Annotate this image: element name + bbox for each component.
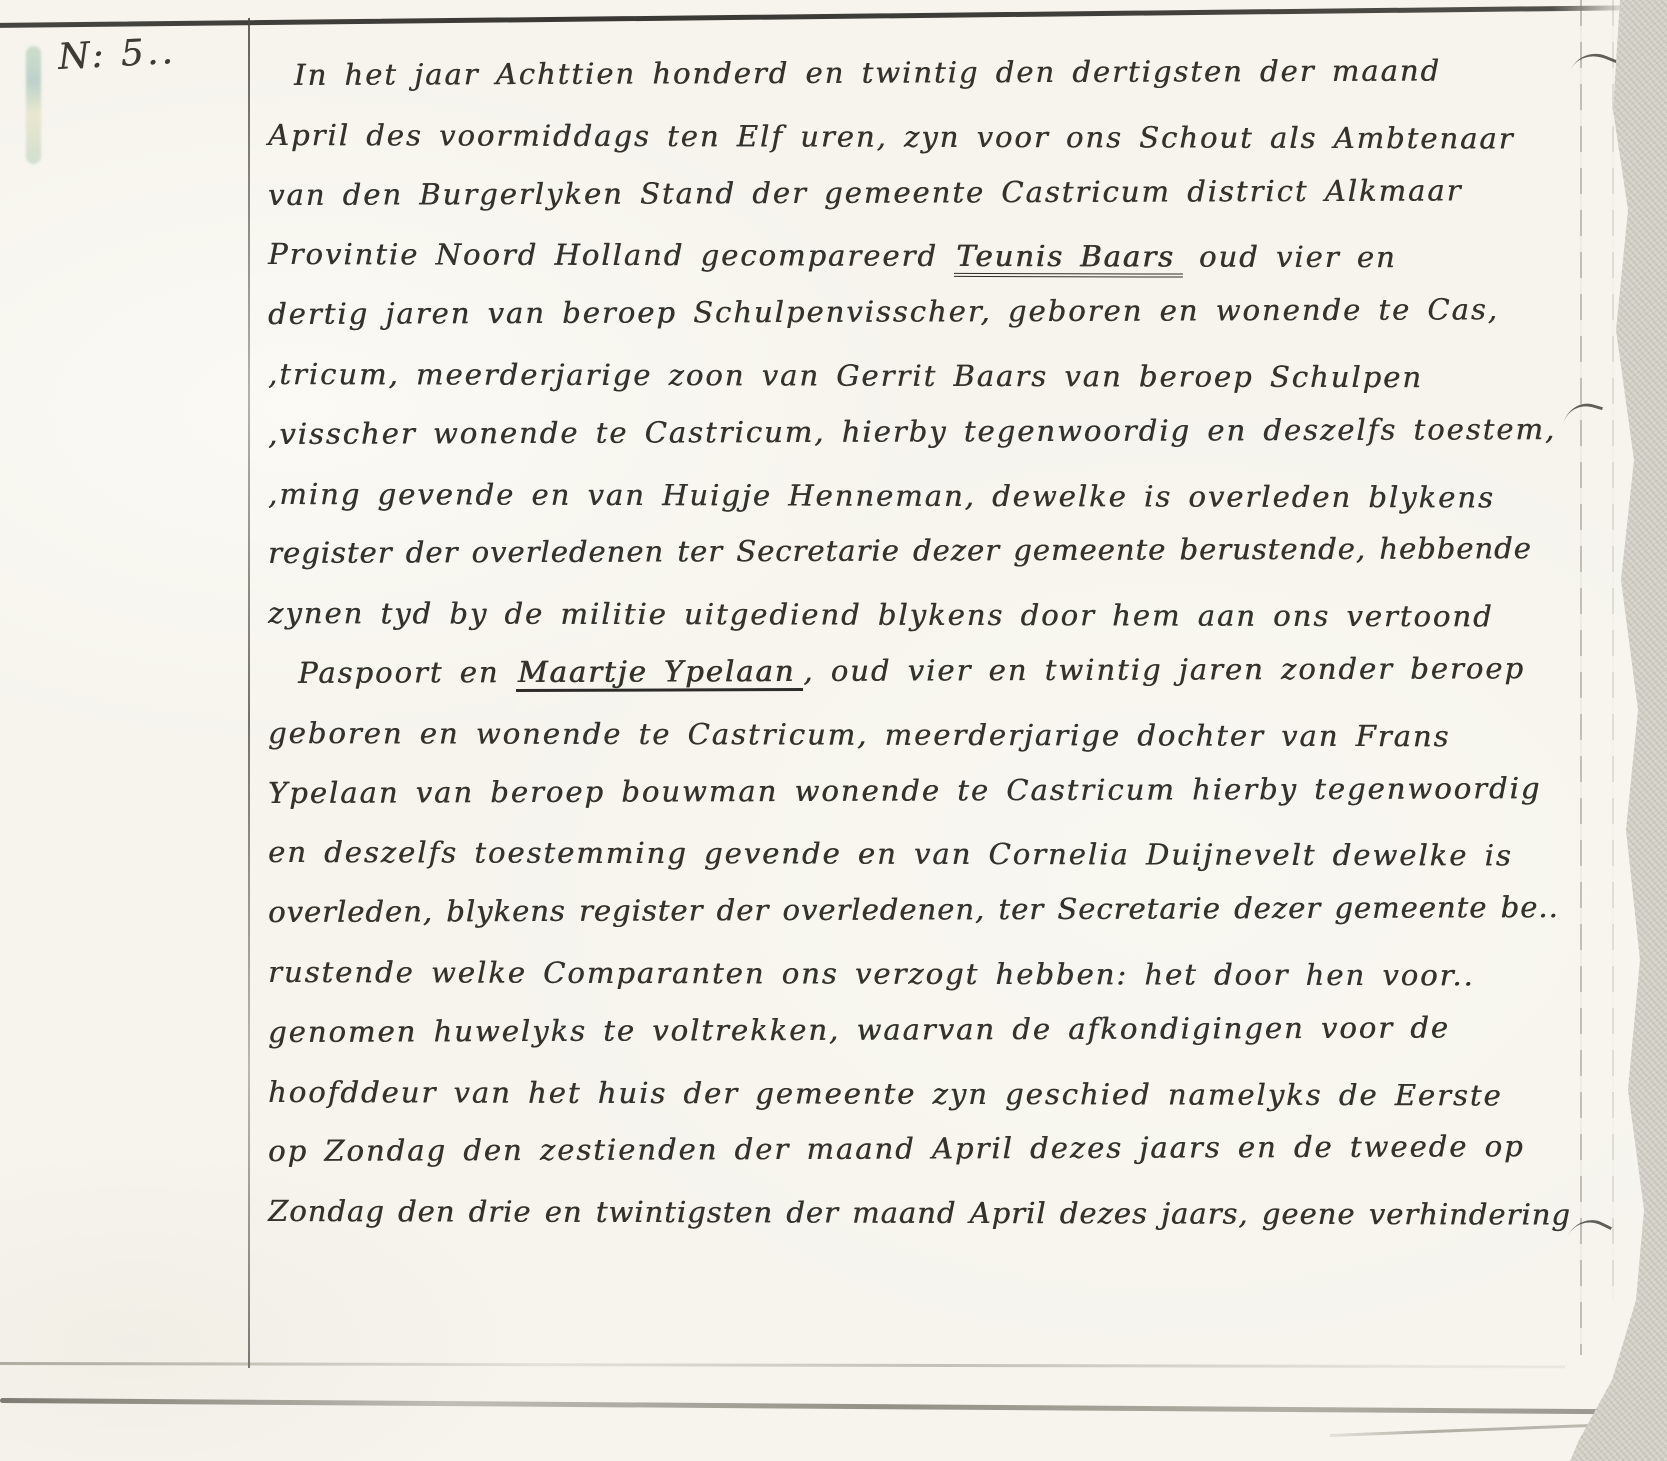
- handwritten-line: overleden, blykens register der overlede…: [268, 878, 1560, 943]
- handwritten-line: ,tricum, meerderjarige zoon van Gerrit B…: [268, 345, 1560, 408]
- handwritten-line: Ypelaan van beroep bouwman wonende te Ca…: [268, 759, 1560, 824]
- line-text: Provintie Noord Holland gecompareerd: [268, 237, 954, 273]
- ink-curl-mark: [1570, 45, 1617, 85]
- act-number: N: 5..: [57, 31, 177, 78]
- bottom-fold-line: [0, 1362, 1565, 1368]
- ink-curl-mark: [1563, 398, 1603, 433]
- handwritten-line: Paspoort en Maartje Ypelaan, oud vier en…: [268, 639, 1560, 704]
- handwritten-line: rustende welke Comparanten ons verzogt h…: [268, 943, 1560, 1006]
- bottom-edge-line: [0, 1398, 1605, 1414]
- handwritten-text-block: In het jaar Achttien honderd en twintig …: [268, 46, 1560, 1242]
- line-text: Paspoort en: [298, 655, 516, 690]
- page-gutter-line: [1580, 0, 1582, 1355]
- right-deckle-edge: [1555, 0, 1667, 1461]
- page-top-edge-line: [0, 5, 1634, 28]
- handwritten-line: Zondag den drie en twintigsten der maand…: [268, 1182, 1560, 1245]
- handwritten-line: geboren en wonende te Castricum, meerder…: [268, 704, 1560, 767]
- green-stain: [26, 46, 41, 164]
- handwritten-line: van den Burgerlyken Stand der gemeente C…: [268, 161, 1560, 226]
- bottom-corner-line: [1330, 1424, 1590, 1437]
- handwritten-line: dertig jaren van beroep Schulpenvisscher…: [268, 280, 1560, 345]
- handwritten-line: ,ming gevende en van Huigje Henneman, de…: [268, 465, 1560, 528]
- handwritten-line: en deszelfs toestemming gevende en van C…: [268, 823, 1560, 886]
- ink-curl-mark: [1568, 1211, 1612, 1251]
- handwritten-line: genomen huwelyks te voltrekken, waarvan …: [268, 998, 1560, 1063]
- handwritten-line: zynen tyd by de militie uitgediend blyke…: [268, 584, 1560, 647]
- handwritten-line: In het jaar Achttien honderd en twintig …: [268, 41, 1560, 106]
- handwritten-line: Provintie Noord Holland gecompareerd Teu…: [268, 225, 1560, 288]
- handwritten-line: ,visscher wonende te Castricum, hierby t…: [268, 400, 1560, 465]
- name-teunis-baars: Teunis Baars: [954, 239, 1183, 278]
- handwritten-line: register der overledenen ter Secretarie …: [268, 519, 1560, 584]
- name-maartje-ypelaan: Maartje Ypelaan: [516, 654, 804, 692]
- line-text: , oud vier en twintig jaren zonder beroe…: [803, 651, 1525, 688]
- handwritten-line: hoofddeur van het huis der gemeente zyn …: [268, 1063, 1560, 1126]
- handwritten-line: April des voormiddags ten Elf uren, zyn …: [268, 106, 1560, 169]
- margin-rule-line: [248, 18, 250, 1368]
- scanned-document-page: N: 5.. In het jaar Achttien honderd en t…: [0, 0, 1667, 1461]
- page-gutter-line-faint: [1612, 0, 1614, 1300]
- line-text: oud vier en: [1183, 240, 1397, 275]
- handwritten-line: op Zondag den zestienden der maand April…: [268, 1117, 1560, 1182]
